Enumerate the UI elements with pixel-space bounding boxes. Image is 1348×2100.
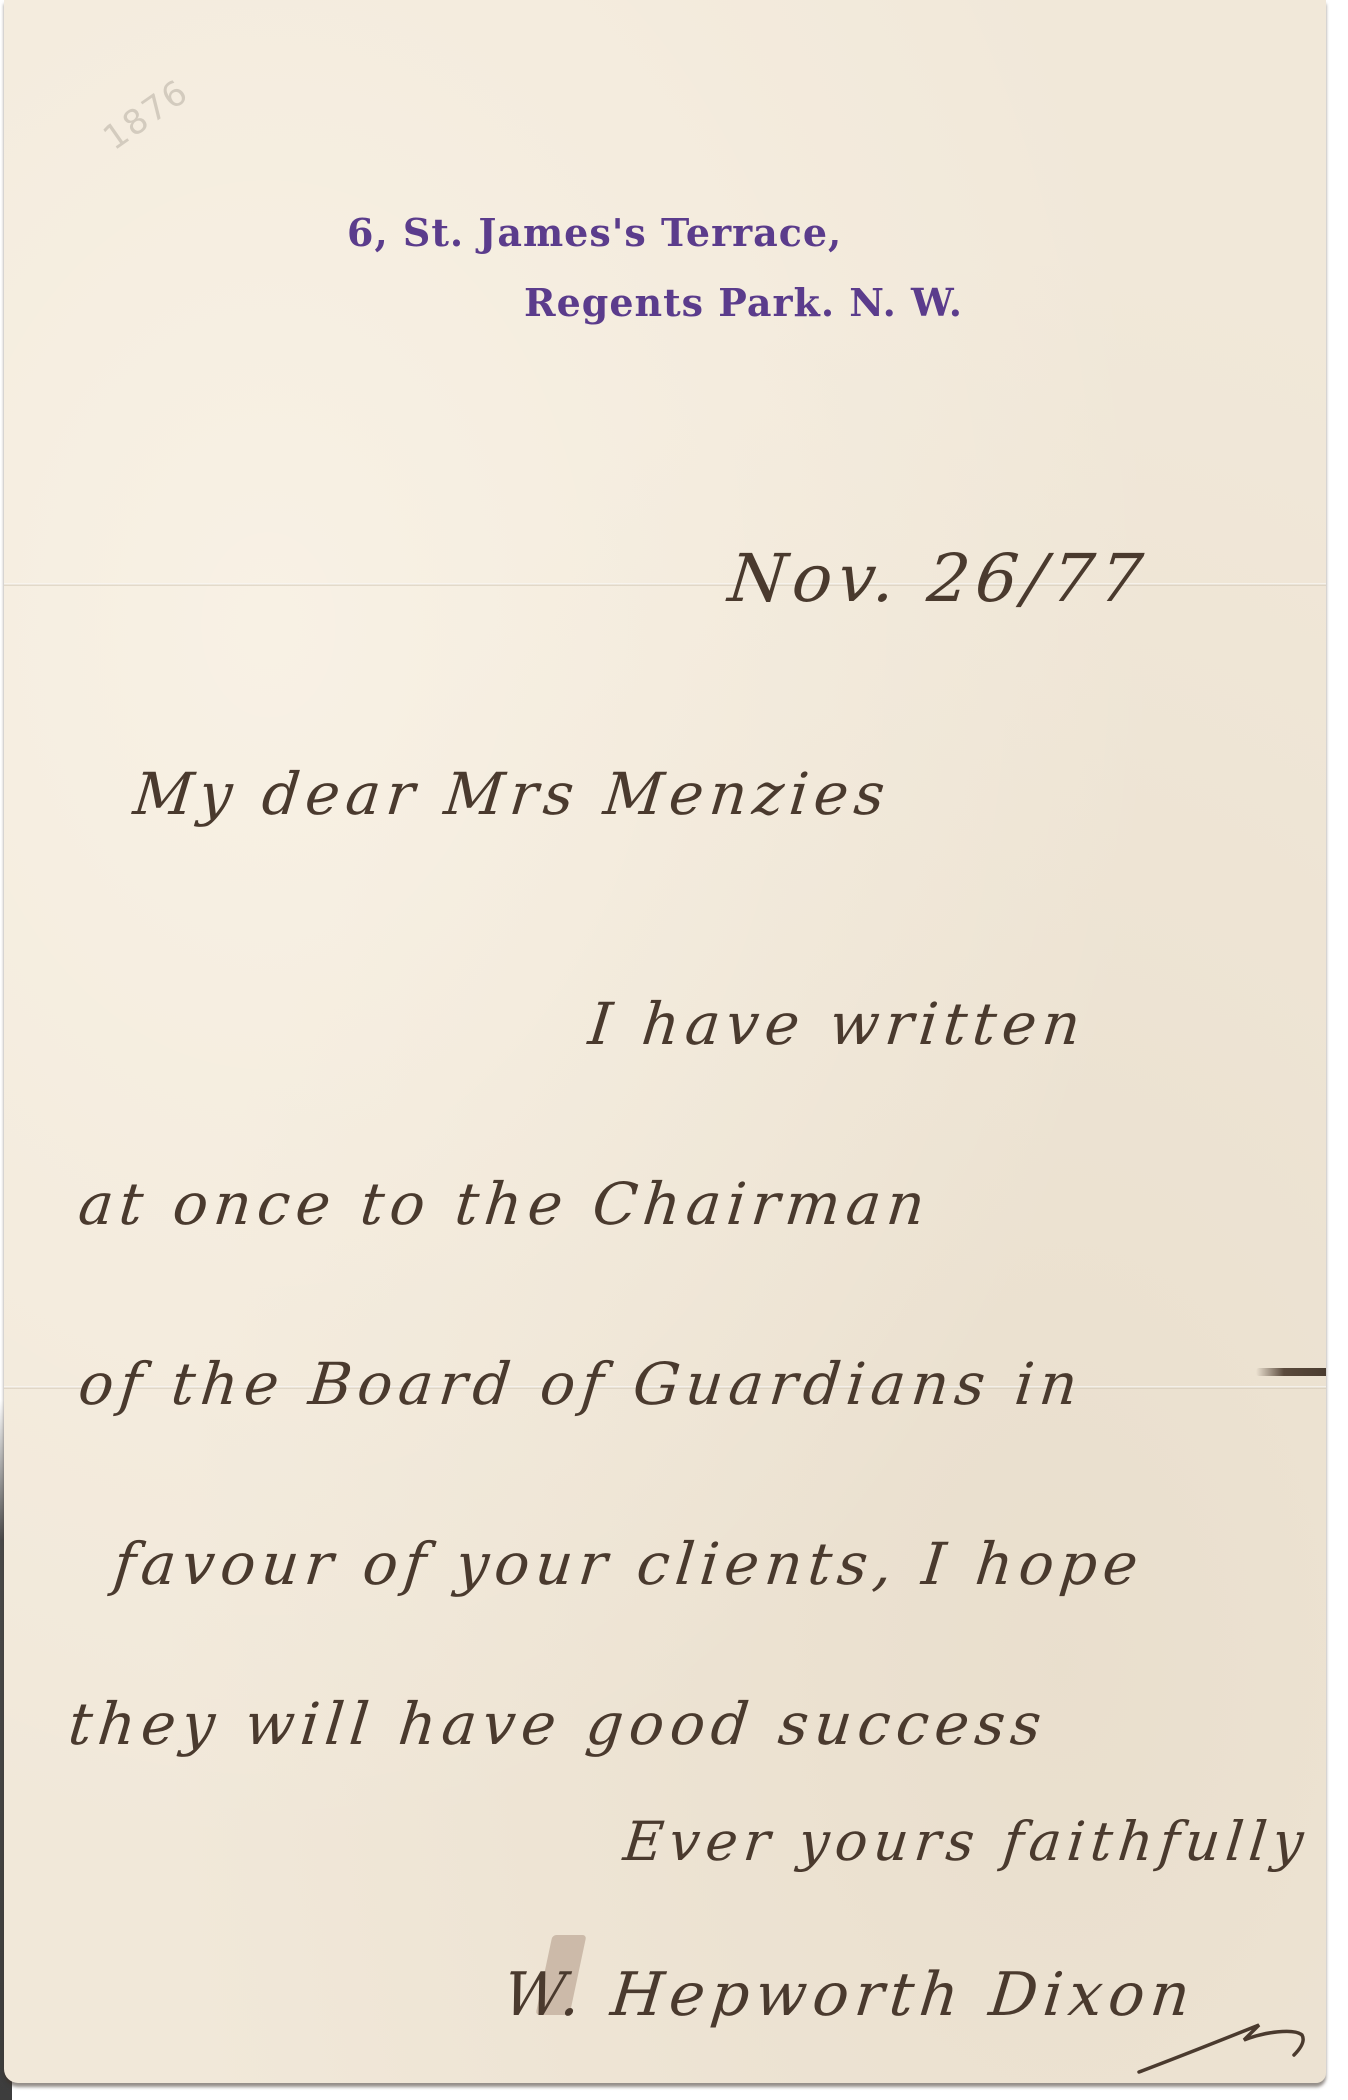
letterhead-address-line-2: Regents Park. N. W. (524, 280, 963, 325)
letterhead-address-line-1: 6, St. James's Terrace, (347, 210, 842, 255)
body-line: they will have good success (65, 1690, 1050, 1758)
paper-tear (1256, 1368, 1326, 1376)
body-line: I have written (585, 990, 1089, 1058)
closing: Ever yours faithfully (621, 1810, 1313, 1873)
body-line: favour of your clients, I hope (110, 1530, 1147, 1598)
letter-paper: 1876 6, St. James's Terrace, Regents Par… (4, 0, 1326, 2083)
signature-flourish-icon (1134, 2010, 1314, 2080)
body-line: of the Board of Guardians in (75, 1350, 1086, 1418)
pencil-annotation: 1876 (96, 72, 196, 159)
scanned-letter: 1876 6, St. James's Terrace, Regents Par… (0, 0, 1348, 2100)
letter-date: Nov. 26/77 (725, 540, 1152, 617)
salutation: My dear Mrs Menzies (130, 760, 894, 828)
signature: W. Hepworth Dixon (500, 1960, 1199, 2030)
body-line: at once to the Chairman (75, 1170, 934, 1238)
